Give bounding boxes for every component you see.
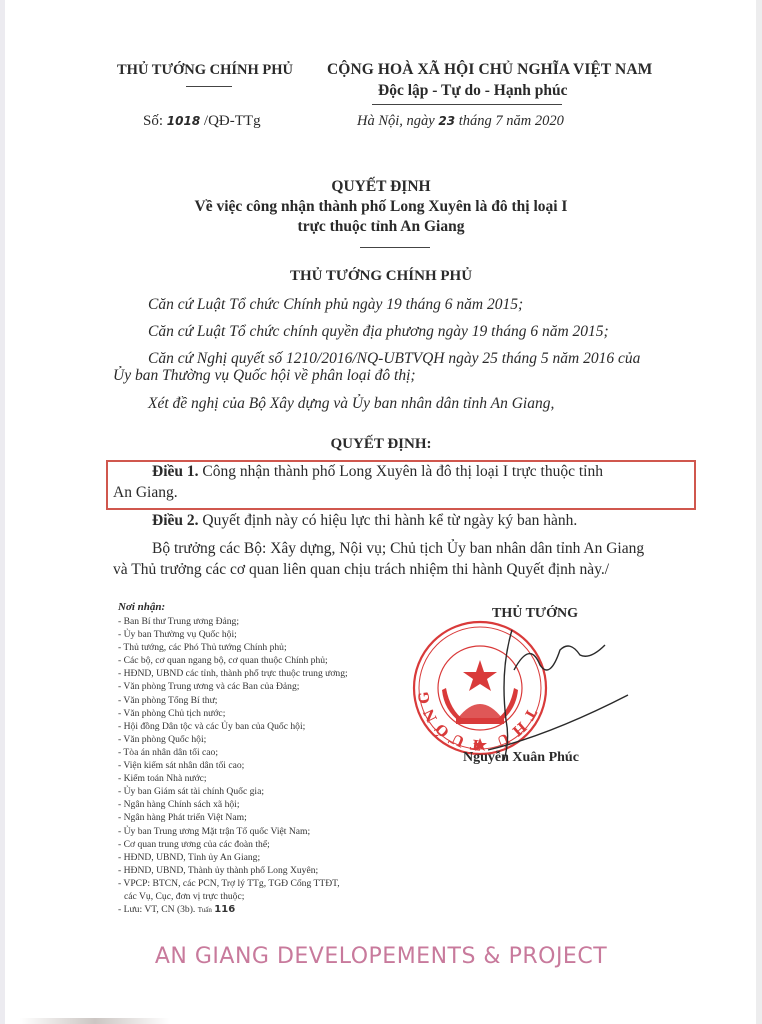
archive-initials: Tuấn [198, 906, 212, 914]
signatory-title: THỦ TƯỚNG [492, 606, 578, 622]
article-2-label: Điều 2. [152, 512, 199, 529]
page-edge-right [756, 0, 762, 1024]
recipient-item: - Viện kiểm sát nhân dân tối cao; [118, 759, 348, 772]
recipient-item: - Kiểm toán Nhà nước; [118, 772, 348, 785]
article-2-text: Quyết định này có hiệu lực thi hành kể t… [202, 512, 577, 529]
recipient-item: - Hội đồng Dân tộc và các Ủy ban của Quố… [118, 720, 348, 733]
recipient-item: - Tòa án nhân dân tối cao; [118, 746, 348, 759]
document-subject-line1: Về việc công nhận thành phố Long Xuyên l… [0, 198, 762, 216]
document-number: Số: 1018 /QĐ-TTg [143, 113, 261, 130]
legal-basis-3-cont: Ủy ban Thường vụ Quốc hội về phân loại đ… [113, 367, 416, 385]
article-1-cont: An Giang. [113, 484, 178, 502]
title-underline [360, 247, 430, 248]
recipient-item: - Thủ tướng, các Phó Thủ tướng Chính phủ… [118, 641, 348, 654]
decision-heading: QUYẾT ĐỊNH: [0, 436, 762, 453]
bottom-shadow [20, 1018, 170, 1024]
recipient-item: - Ngân hàng Chính sách xã hội; [118, 798, 348, 811]
recipient-item: - Các bộ, cơ quan ngang bộ, cơ quan thuộ… [118, 654, 348, 667]
recipient-item: - Văn phòng Chủ tịch nước; [118, 707, 348, 720]
signatory-name: Nguyễn Xuân Phúc [463, 750, 579, 766]
recipient-item: - Cơ quan trung ương của các đoàn thể; [118, 838, 348, 851]
watermark-text: AN GIANG DEVELOPEMENTS & PROJECT [0, 944, 762, 969]
issuer-underline [186, 86, 232, 87]
page-edge-left [0, 0, 5, 1024]
legal-basis-1: Căn cứ Luật Tổ chức Chính phủ ngày 19 th… [148, 296, 523, 314]
doc-number-prefix: Số: [143, 113, 163, 129]
article-1-label: Điều 1. [152, 463, 199, 480]
recipient-item: - VPCP: BTCN, các PCN, Trợ lý TTg, TGĐ C… [118, 877, 348, 890]
recipient-item: - HĐND, UBND, Thành ủy thành phố Long Xu… [118, 864, 348, 877]
archive-count: 116 [214, 904, 235, 915]
date-suffix: tháng 7 năm 2020 [459, 113, 564, 129]
document-title: QUYẾT ĐỊNH [0, 178, 762, 196]
recipient-item: - Ủy ban Trung ương Mặt trận Tổ quốc Việ… [118, 825, 348, 838]
recipients-heading: Nơi nhận: [118, 601, 165, 613]
recipient-item: - Văn phòng Quốc hội; [118, 733, 348, 746]
article-2: Điều 2. Quyết định này có hiệu lực thi h… [152, 512, 577, 530]
recipient-item: - HĐND, UBND các tỉnh, thành phố trực th… [118, 667, 348, 680]
recipient-item: - Văn phòng Trung ương và các Ban của Đả… [118, 680, 348, 693]
recipient-item: - Ủy ban Giám sát tài chính Quốc gia; [118, 785, 348, 798]
document-subject-line2: trực thuộc tỉnh An Giang [0, 218, 762, 236]
recipient-item: - Ban Bí thư Trung ương Đảng; [118, 615, 348, 628]
date-day: 23 [438, 114, 455, 128]
date-prefix: Hà Nội, ngày [357, 113, 435, 129]
issue-date: Hà Nội, ngày 23 tháng 7 năm 2020 [357, 113, 564, 130]
doc-number-value: 1018 [167, 114, 200, 128]
legal-basis-4: Xét đề nghị của Bộ Xây dựng và Ủy ban nh… [148, 395, 554, 413]
recipient-item: - Ủy ban Thường vụ Quốc hội; [118, 628, 348, 641]
execution-line1: Bộ trưởng các Bộ: Xây dựng, Nội vụ; Chủ … [152, 540, 644, 558]
national-motto: Độc lập - Tự do - Hạnh phúc [378, 82, 567, 100]
legal-basis-3: Căn cứ Nghị quyết số 1210/2016/NQ-UBTVQH… [148, 350, 640, 368]
recipient-item: các Vụ, Cục, đơn vị trực thuộc; [118, 890, 348, 903]
recipient-item: - Ngân hàng Phát triển Việt Nam; [118, 811, 348, 824]
recipient-archive: - Lưu: VT, CN (3b). Tuấn 116 [118, 903, 348, 917]
recipient-item: - Văn phòng Tổng Bí thư; [118, 694, 348, 707]
doc-number-suffix: /QĐ-TTg [204, 113, 261, 129]
motto-underline [372, 104, 562, 105]
issuer-heading: THỦ TƯỚNG CHÍNH PHỦ [117, 62, 293, 79]
article-1: Điều 1. Công nhận thành phố Long Xuyên l… [152, 463, 603, 481]
archive-prefix: - Lưu: VT, CN (3b). [118, 904, 195, 915]
article-1-text: Công nhận thành phố Long Xuyên là đô thị… [202, 463, 603, 480]
recipients-list: - Ban Bí thư Trung ương Đảng; - Ủy ban T… [118, 615, 348, 917]
execution-line2: và Thủ trưởng các cơ quan liên quan chịu… [113, 561, 609, 579]
authority-heading: THỦ TƯỚNG CHÍNH PHỦ [0, 268, 762, 285]
legal-basis-2: Căn cứ Luật Tổ chức chính quyền địa phươ… [148, 323, 609, 341]
country-heading: CỘNG HOÀ XÃ HỘI CHỦ NGHĨA VIỆT NAM [327, 61, 652, 79]
recipient-item: - HĐND, UBND, Tỉnh ủy An Giang; [118, 851, 348, 864]
